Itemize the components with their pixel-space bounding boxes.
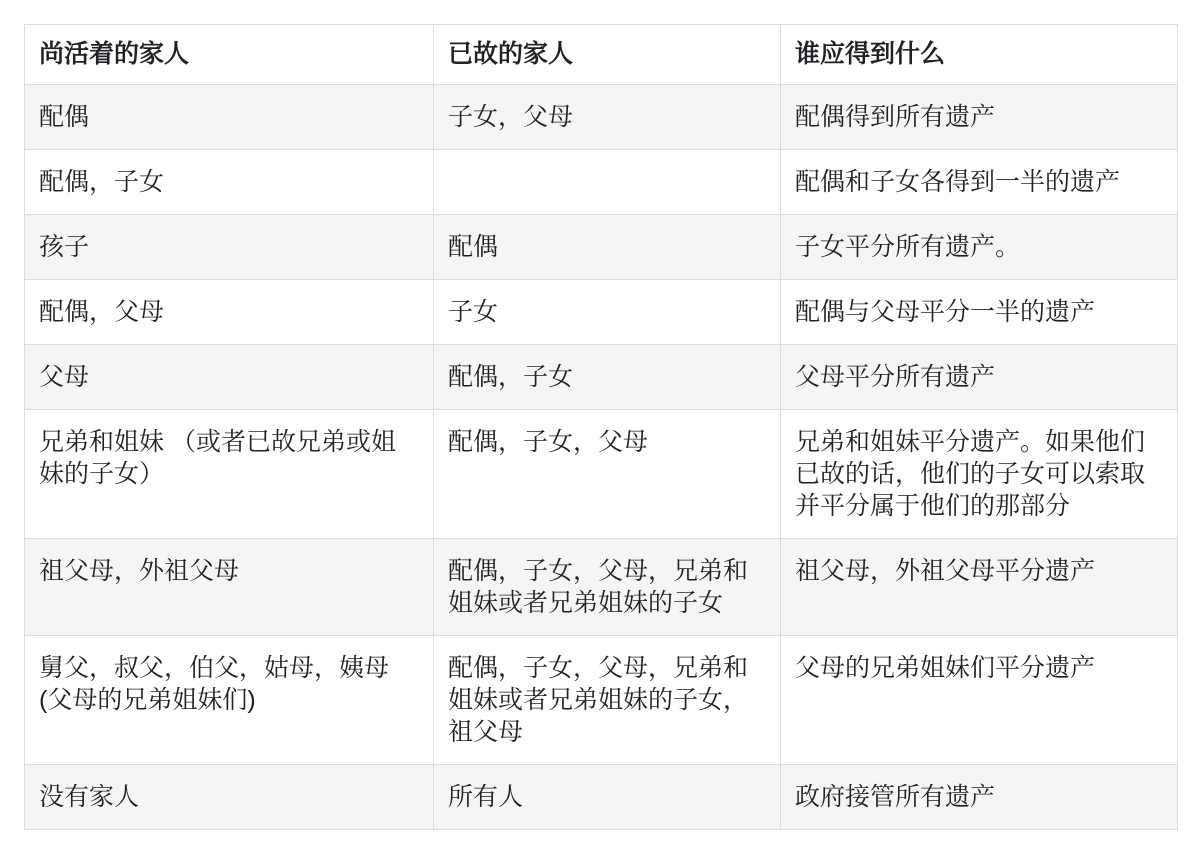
cell-living: 孩子	[25, 215, 434, 280]
cell-living: 配偶，子女	[25, 150, 434, 215]
cell-deceased: 所有人	[434, 765, 781, 830]
cell-deceased: 配偶，子女，父母，兄弟和姐妹或者兄弟姐妹的子女，祖父母	[434, 636, 781, 765]
header-who-gets-what: 谁应得到什么	[781, 25, 1178, 85]
cell-entitlement: 配偶得到所有遗产	[781, 85, 1178, 150]
cell-entitlement: 配偶与父母平分一半的遗产	[781, 280, 1178, 345]
table-row: 配偶，子女 配偶和子女各得到一半的遗产	[25, 150, 1178, 215]
header-row: 尚活着的家人 已故的家人 谁应得到什么	[25, 25, 1178, 85]
cell-living: 父母	[25, 345, 434, 410]
cell-deceased: 子女，父母	[434, 85, 781, 150]
cell-deceased: 配偶，子女，父母	[434, 410, 781, 539]
table-row: 兄弟和姐妹 （或者已故兄弟或姐妹的子女） 配偶，子女，父母 兄弟和姐妹平分遗产。…	[25, 410, 1178, 539]
cell-deceased	[434, 150, 781, 215]
cell-deceased: 配偶	[434, 215, 781, 280]
inheritance-table: 尚活着的家人 已故的家人 谁应得到什么 配偶 子女，父母 配偶得到所有遗产 配偶…	[24, 24, 1178, 830]
cell-entitlement: 祖父母，外祖父母平分遗产	[781, 539, 1178, 636]
cell-entitlement: 子女平分所有遗产。	[781, 215, 1178, 280]
cell-entitlement: 父母平分所有遗产	[781, 345, 1178, 410]
table-row: 没有家人 所有人 政府接管所有遗产	[25, 765, 1178, 830]
table-row: 配偶 子女，父母 配偶得到所有遗产	[25, 85, 1178, 150]
cell-deceased: 配偶，子女，父母，兄弟和姐妹或者兄弟姐妹的子女	[434, 539, 781, 636]
table-row: 舅父，叔父，伯父，姑母，姨母 (父母的兄弟姐妹们) 配偶，子女，父母，兄弟和姐妹…	[25, 636, 1178, 765]
header-deceased-family: 已故的家人	[434, 25, 781, 85]
cell-entitlement: 兄弟和姐妹平分遗产。如果他们已故的话，他们的子女可以索取并平分属于他们的那部分	[781, 410, 1178, 539]
table-row: 孩子 配偶 子女平分所有遗产。	[25, 215, 1178, 280]
header-living-family: 尚活着的家人	[25, 25, 434, 85]
cell-living: 配偶	[25, 85, 434, 150]
cell-living: 没有家人	[25, 765, 434, 830]
cell-deceased: 配偶，子女	[434, 345, 781, 410]
cell-living: 兄弟和姐妹 （或者已故兄弟或姐妹的子女）	[25, 410, 434, 539]
cell-living: 舅父，叔父，伯父，姑母，姨母 (父母的兄弟姐妹们)	[25, 636, 434, 765]
cell-living: 祖父母，外祖父母	[25, 539, 434, 636]
cell-deceased: 子女	[434, 280, 781, 345]
cell-entitlement: 政府接管所有遗产	[781, 765, 1178, 830]
cell-entitlement: 父母的兄弟姐妹们平分遗产	[781, 636, 1178, 765]
cell-entitlement: 配偶和子女各得到一半的遗产	[781, 150, 1178, 215]
table-row: 配偶，父母 子女 配偶与父母平分一半的遗产	[25, 280, 1178, 345]
table-row: 父母 配偶，子女 父母平分所有遗产	[25, 345, 1178, 410]
page: 尚活着的家人 已故的家人 谁应得到什么 配偶 子女，父母 配偶得到所有遗产 配偶…	[0, 0, 1200, 861]
cell-living: 配偶，父母	[25, 280, 434, 345]
table-row: 祖父母，外祖父母 配偶，子女，父母，兄弟和姐妹或者兄弟姐妹的子女 祖父母，外祖父…	[25, 539, 1178, 636]
